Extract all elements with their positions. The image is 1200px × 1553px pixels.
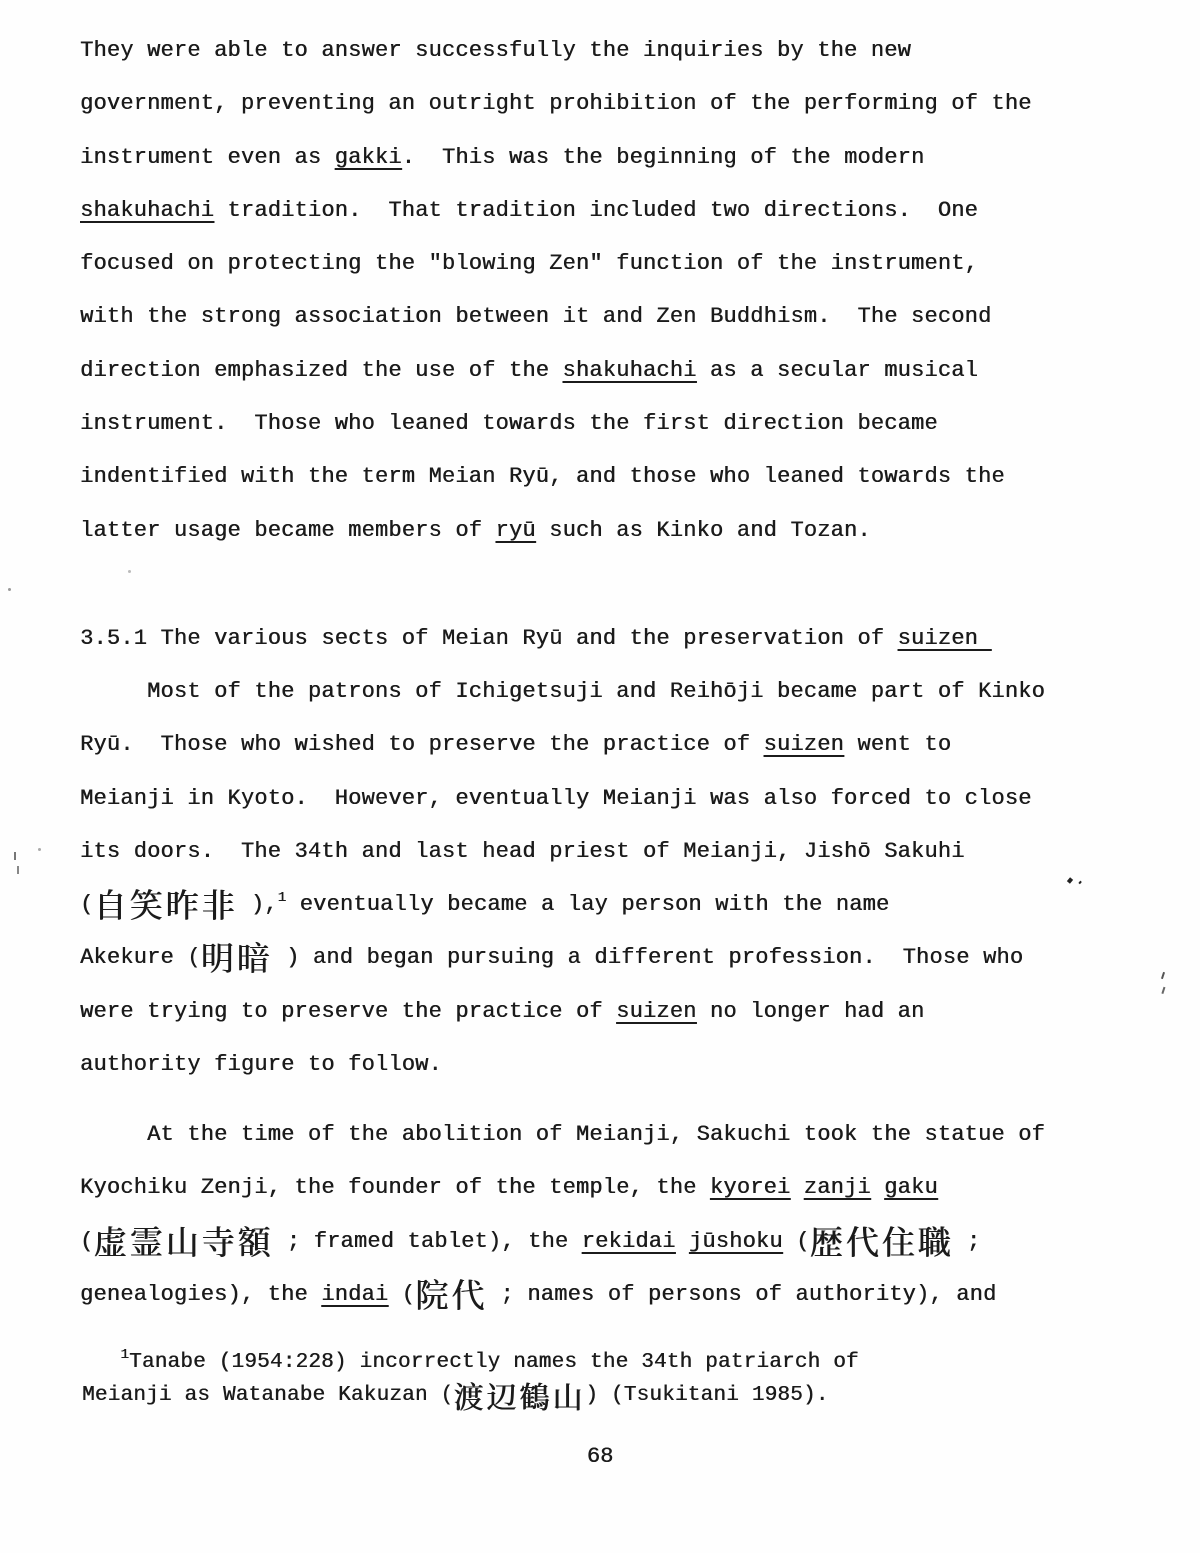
underlined-term: jūshoku <box>689 1229 783 1254</box>
text-segment: latter usage became members of <box>80 518 495 543</box>
underlined-term: gakki <box>335 145 402 170</box>
kanji-text: 渡辺鶴山 <box>453 1381 585 1416</box>
text-line: Meianji in Kyoto. However, eventually Me… <box>80 772 1045 825</box>
underlined-term: indai <box>321 1282 388 1307</box>
text-line: 1Tanabe (1954:228) incorrectly names the… <box>82 1346 859 1379</box>
text-line: Kyochiku Zenji, the founder of the templ… <box>80 1161 1045 1214</box>
text-segment: eventually became a lay person with the … <box>286 892 889 917</box>
text-line: indentified with the term Meian Ryū, and… <box>80 450 1032 503</box>
underlined-term: ryū <box>495 518 535 543</box>
text-line: Meianji as Watanabe Kakuzan (渡辺鶴山) (Tsuk… <box>82 1379 859 1412</box>
text-segment: tradition. That tradition included two d… <box>214 198 978 223</box>
underlined-term: zanji <box>804 1175 871 1200</box>
text-line: with the strong association between it a… <box>80 290 1032 343</box>
text-segment: with the strong association between it a… <box>80 304 991 329</box>
scan-artifact <box>1067 877 1073 883</box>
text-line: direction emphasized the use of the shak… <box>80 344 1032 397</box>
page-number: 68 <box>0 1444 1200 1469</box>
text-line: (自笑昨非 ),1 eventually became a lay person… <box>80 878 1045 931</box>
text-segment: focused on protecting the "blowing Zen" … <box>80 251 978 276</box>
kanji-text: 歴代住職 <box>810 1223 954 1262</box>
text-line: authority figure to follow. <box>80 1038 1045 1091</box>
text-line: 3.5.1 The various sects of Meian Ryū and… <box>80 612 991 665</box>
kanji-text: 自笑昨非 <box>93 886 237 925</box>
text-segment: instrument even as <box>80 145 335 170</box>
underlined-term: suizen <box>764 732 844 757</box>
text-line: At the time of the abolition of Meianji,… <box>80 1108 1045 1161</box>
text-segment: indentified with the term Meian Ryū, and… <box>80 464 1005 489</box>
superscript-marker: 1 <box>278 890 287 906</box>
text-segment: Meianji in Kyoto. However, eventually Me… <box>80 786 1032 811</box>
text-segment: no longer had an <box>697 999 925 1024</box>
section-heading: 3.5.1 The various sects of Meian Ryū and… <box>80 612 991 665</box>
kanji-text: 虚霊山寺額 <box>93 1223 273 1262</box>
text-line: were trying to preserve the practice of … <box>80 985 1045 1038</box>
text-segment: Meianji as Watanabe Kakuzan ( <box>82 1384 453 1407</box>
underlined-term: shakuhachi <box>80 198 214 223</box>
text-line: Ryū. Those who wished to preserve the pr… <box>80 718 1045 771</box>
text-segment: Kyochiku Zenji, the founder of the templ… <box>80 1175 710 1200</box>
kanji-text: 院代 <box>415 1276 487 1315</box>
footnote: 1Tanabe (1954:228) incorrectly names the… <box>82 1346 859 1412</box>
text-segment: ) (Tsukitani 1985). <box>585 1384 828 1407</box>
text-line: genealogies), the indai (院代 ; names of p… <box>80 1268 1045 1321</box>
text-line: They were able to answer successfully th… <box>80 24 1032 77</box>
underlined-term: rekidai <box>582 1229 676 1254</box>
scan-artifact <box>14 852 16 860</box>
text-line: instrument even as gakki. This was the b… <box>80 131 1032 184</box>
scan-artifact <box>1161 972 1165 979</box>
text-segment: Ryū. Those who wished to preserve the pr… <box>80 732 764 757</box>
text-segment: . This was the beginning of the modern <box>402 145 925 170</box>
text-line: its doors. The 34th and last head priest… <box>80 825 1045 878</box>
text-line: Most of the patrons of Ichigetsuji and R… <box>80 665 1045 718</box>
text-segment: ), <box>237 892 277 917</box>
kanji-text: 明暗 <box>201 939 273 978</box>
text-segment: At the time of the abolition of Meianji,… <box>80 1122 1045 1147</box>
text-segment: Most of the patrons of Ichigetsuji and R… <box>80 679 1045 704</box>
text-segment: ) and began pursuing a different profess… <box>273 945 1024 970</box>
paragraph-3: At the time of the abolition of Meianji,… <box>80 1108 1045 1321</box>
text-segment <box>82 1351 120 1374</box>
text-segment <box>871 1175 884 1200</box>
text-line: shakuhachi tradition. That tradition inc… <box>80 184 1032 237</box>
underlined-term: suizen <box>616 999 696 1024</box>
underlined-term: suizen <box>898 626 992 651</box>
text-segment: Akekure ( <box>80 945 201 970</box>
text-segment: ; <box>954 1229 981 1254</box>
text-segment: instrument. Those who leaned towards the… <box>80 411 938 436</box>
text-segment: ; framed tablet), the <box>273 1229 581 1254</box>
text-line: government, preventing an outright prohi… <box>80 77 1032 130</box>
underlined-term: gaku <box>884 1175 938 1200</box>
document-page: 68 They were able to answer successfully… <box>0 0 1200 1553</box>
text-segment: ( <box>80 1229 93 1254</box>
text-segment: Tanabe (1954:228) incorrectly names the … <box>129 1351 859 1374</box>
text-segment: ( <box>80 892 93 917</box>
text-line: Akekure (明暗 ) and began pursuing a diffe… <box>80 931 1045 984</box>
underlined-term: kyorei <box>710 1175 790 1200</box>
intro-paragraph: They were able to answer successfully th… <box>80 24 1032 557</box>
text-segment: were trying to preserve the practice of <box>80 999 616 1024</box>
superscript-marker: 1 <box>120 1347 129 1363</box>
underlined-term: shakuhachi <box>562 358 696 383</box>
text-segment: government, preventing an outright prohi… <box>80 91 1032 116</box>
text-segment <box>675 1229 688 1254</box>
text-segment: as a secular musical <box>697 358 978 383</box>
text-segment: genealogies), the <box>80 1282 321 1307</box>
text-segment: 3.5.1 The various sects of Meian Ryū and… <box>80 626 898 651</box>
scan-artifact <box>8 588 11 591</box>
text-segment: ( <box>388 1282 415 1307</box>
text-line: (虚霊山寺額 ; framed tablet), the rekidai jūs… <box>80 1215 1045 1268</box>
text-segment: ( <box>783 1229 810 1254</box>
text-line: focused on protecting the "blowing Zen" … <box>80 237 1032 290</box>
text-segment: such as Kinko and Tozan. <box>536 518 871 543</box>
text-segment: direction emphasized the use of the <box>80 358 562 383</box>
text-line: latter usage became members of ryū such … <box>80 504 1032 557</box>
text-segment: authority figure to follow. <box>80 1052 442 1077</box>
text-segment: went to <box>844 732 951 757</box>
text-segment: They were able to answer successfully th… <box>80 38 911 63</box>
text-segment: ; names of persons of authority), and <box>487 1282 996 1307</box>
text-segment: its doors. The 34th and last head priest… <box>80 839 965 864</box>
paragraph-2: Most of the patrons of Ichigetsuji and R… <box>80 665 1045 1091</box>
text-line: instrument. Those who leaned towards the… <box>80 397 1032 450</box>
text-segment <box>790 1175 803 1200</box>
